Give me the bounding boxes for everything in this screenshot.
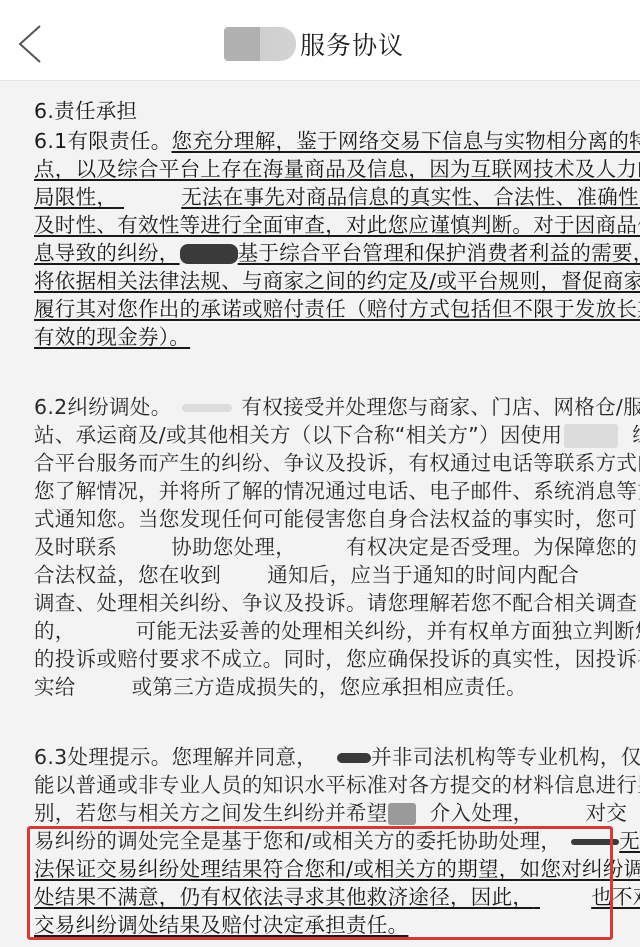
clause-6-2-line: 调查、处理相关纠纷、争议及投诉。请您理解若您不配合相关调查 xyxy=(34,589,637,617)
underlined-text: 有效的现金券）。 xyxy=(34,325,190,349)
clause-6-2-line: 合法权益，您在收到通知后，应当于通知的时间内配合 xyxy=(34,561,579,589)
clause-6-3-line: 别，若您与相关方之间发生纠纷并希望介入处理，对交 xyxy=(34,799,627,827)
underlined-text: 点，以及综合平台上存在海量商品及信息，因为互联网技术及人力的 xyxy=(34,157,640,181)
clause-6-2-line: 及时联系协助您处理，有权决定是否受理。为保障您的 xyxy=(34,533,637,561)
clause-6-1-line: 6.1有限责任。您充分理解，鉴于网络交易下信息与实物相分离的特 xyxy=(34,127,640,155)
clause-6-2-line: 的，可能无法妥善的处理相关纠纷，并有权单方面独立判断您 xyxy=(34,617,640,645)
redacted-name xyxy=(564,424,618,448)
page-title: 服务协议 xyxy=(300,26,404,62)
underlined-text: 无 xyxy=(619,829,640,853)
clause-6-3-line: 6.3处理提示。您理解并同意，并非司法机构等专业机构，仅 xyxy=(34,743,640,771)
redacted-name xyxy=(180,244,238,264)
clause-6-2-line: 6.2纠纷调处。有权接受并处理您与商家、门店、网格仓/服务 xyxy=(34,393,640,421)
text: 或第三方造成损失的，您应承担相应责任。 xyxy=(132,675,527,699)
text: 可能无法妥善的处理相关纠纷，并有权单方面独立判断您 xyxy=(136,619,640,643)
text: 6.3处理提示。您理解并同意， xyxy=(34,745,317,769)
underlined-text: 您充分理解，鉴于网络交易下信息与实物相分离的特 xyxy=(172,129,640,153)
underlined-text: 基于综合平台管理和保护消费者利益的需要， xyxy=(238,241,640,265)
underlined-text: 息导致的纠纷， xyxy=(34,241,180,265)
text: 介入处理， xyxy=(430,801,534,825)
text: 合法权益，您在收到 xyxy=(34,563,221,587)
underlined-text: 将依据相关法律法规、与商家之间的约定及/或平台规则，督促商家 xyxy=(34,269,640,293)
redacted-name xyxy=(388,803,416,825)
clause-6-1-line: 将依据相关法律法规、与商家之间的约定及/或平台规则，督促商家 xyxy=(34,267,640,295)
text: 通知后，应当于通知的时间内配合 xyxy=(267,563,579,587)
redacted-name xyxy=(182,404,232,412)
underlined-text: 履行其对您作出的承诺或赔付责任（赔付方式包括但不限于发放长期 xyxy=(34,297,640,321)
clause-6-2-line: 您了解情况，并将所了解的情况通过电话、电子邮件、系统消息等方 xyxy=(34,477,640,505)
text: 并非司法机构等专业机构，仅 xyxy=(371,745,640,769)
clause-6-3-line: 能以普通或非专业人员的知识水平标准对各方提交的材料信息进行鉴 xyxy=(34,771,640,799)
clause-6-1-line: 有效的现金券）。 xyxy=(34,323,190,351)
title-bar: 服务协议 xyxy=(0,24,640,64)
redacted-brand-name xyxy=(224,27,296,61)
clause-6-1-line: 及时性、有效性等进行全面审查，对此您应谨慎判断。对于因商品信 xyxy=(34,211,640,239)
red-highlight-annotation xyxy=(27,826,613,940)
clause-6-1-line: 息导致的纠纷，基于综合平台管理和保护消费者利益的需要， xyxy=(34,239,640,267)
text: 协助您处理， xyxy=(171,535,296,559)
clause-6-1-line: 履行其对您作出的承诺或赔付责任（赔付方式包括但不限于发放长期 xyxy=(34,295,640,323)
text: 实给 xyxy=(34,675,76,699)
text: 6.2纠纷调处。 xyxy=(34,395,172,419)
text: 综 xyxy=(632,423,640,447)
text: 有权决定是否受理。为保障您的 xyxy=(346,535,637,559)
redacted-name xyxy=(337,753,371,763)
clause-6-2-line: 合平台服务而产生的纠纷、争议及投诉，有权通过电话等联系方式向 xyxy=(34,449,640,477)
text: 别，若您与相关方之间发生纠纷并希望 xyxy=(34,801,388,825)
clause-label: 6.1有限责任。 xyxy=(34,129,172,153)
underlined-text: 及时性、有效性等进行全面审查，对此您应谨慎判断。对于因商品信 xyxy=(34,213,640,237)
clause-6-1-line: 点，以及综合平台上存在海量商品及信息，因为互联网技术及人力的 xyxy=(34,155,640,183)
section-heading: 6.责任承担 xyxy=(34,97,137,125)
text: 及时联系 xyxy=(34,535,117,559)
text: 对交 xyxy=(586,801,628,825)
clause-6-2-line: 站、承运商及/或其他相关方（以下合称“相关方”）因使用综 xyxy=(34,421,640,449)
clause-6-2-line: 实给或第三方造成损失的，您应承担相应责任。 xyxy=(34,673,527,701)
clause-6-1-line: 局限性， 无法在事先对商品信息的真实性、合法性、准确性、 xyxy=(34,183,640,211)
clause-6-2-line: 式通知您。当您发现任何可能侵害您自身合法权益的事实时，您可以 xyxy=(34,505,640,533)
text: 的， xyxy=(34,619,76,643)
underlined-text: 局限性， xyxy=(34,185,117,209)
text: 站、承运商及/或其他相关方（以下合称“相关方”）因使用 xyxy=(34,423,562,447)
clause-6-2-line: 的投诉或赔付要求不成立。同时，您应确保投诉的真实性，因投诉不 xyxy=(34,645,640,673)
app-header: 服务协议 xyxy=(0,0,640,81)
underlined-text: 无法在事先对商品信息的真实性、合法性、准确性、 xyxy=(181,185,640,209)
redacted-name xyxy=(117,183,181,211)
text: 有权接受并处理您与商家、门店、网格仓/服务 xyxy=(242,395,640,419)
